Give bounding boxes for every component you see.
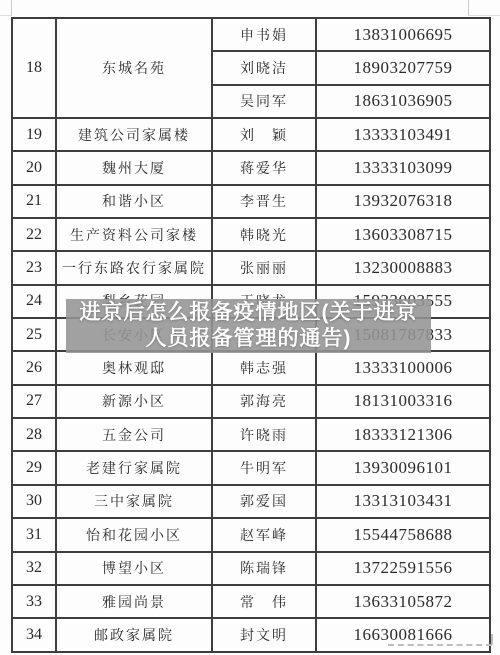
row-number-cell: 32 xyxy=(12,552,56,585)
contact-name-cell: 刘晓洁 xyxy=(212,51,316,84)
contact-name-cell: 牛明军 xyxy=(212,451,316,484)
contact-phone-cell: 13930096101 xyxy=(316,451,490,484)
table-row: 29老建行家属院牛明军13930096101 xyxy=(12,451,490,484)
row-number-cell: 27 xyxy=(12,385,56,418)
table-row: 28五金公司许晓雨18333121306 xyxy=(12,418,490,451)
row-number-cell: 26 xyxy=(12,351,56,384)
community-name-cell: 怡和花园小区 xyxy=(56,518,212,551)
contact-phone-cell: 18131003316 xyxy=(316,385,490,418)
table-row: 19建筑公司家属楼刘 颖13333103491 xyxy=(12,118,490,151)
scan-artifact-line xyxy=(0,15,11,16)
contact-name-cell: 陈瑞锋 xyxy=(212,552,316,585)
table-row: 20魏州大厦蒋爱华13333103099 xyxy=(12,151,490,184)
row-number-cell: 22 xyxy=(12,218,56,251)
contact-phone-cell: 13313103431 xyxy=(316,485,490,518)
watermark-dashed-line xyxy=(388,644,492,646)
community-name-cell: 博望小区 xyxy=(56,552,212,585)
page: 18东城名苑申书娟13831006695刘晓洁18903207759吴同军186… xyxy=(0,0,500,655)
contact-phone-cell: 18333121306 xyxy=(316,418,490,451)
community-name-cell: 一行东路农行家属院 xyxy=(56,251,212,284)
row-number-cell: 23 xyxy=(12,251,56,284)
scan-artifact-line xyxy=(468,0,469,16)
contact-phone-cell: 18903207759 xyxy=(316,51,490,84)
contact-name-cell: 韩晓光 xyxy=(212,218,316,251)
contact-phone-cell: 15544758688 xyxy=(316,518,490,551)
contact-phone-cell: 13603308715 xyxy=(316,218,490,251)
contact-phone-cell: 13230008883 xyxy=(316,251,490,284)
table-row: 31怡和花园小区赵军峰15544758688 xyxy=(12,518,490,551)
row-number-cell: 28 xyxy=(12,418,56,451)
row-number-cell: 25 xyxy=(12,318,56,351)
community-name-cell: 和谐小区 xyxy=(56,185,212,218)
row-number-cell: 18 xyxy=(12,18,56,118)
contact-phone-cell: 13633105872 xyxy=(316,585,490,618)
contact-phone-cell: 18631036905 xyxy=(316,85,490,118)
contact-name-cell: 刘 颖 xyxy=(212,118,316,151)
contact-name-cell: 李晋生 xyxy=(212,185,316,218)
row-number-cell: 33 xyxy=(12,585,56,618)
table-row: 30三中家属院郭爱国13313103431 xyxy=(12,485,490,518)
title-overlay: 进京后怎么报备疫情地区(关于进京 人员报备管理的通告) xyxy=(66,299,431,353)
community-name-cell: 魏州大厦 xyxy=(56,151,212,184)
community-name-cell: 建筑公司家属楼 xyxy=(56,118,212,151)
row-number-cell: 21 xyxy=(12,185,56,218)
table-row: 34邮政家属院封文明16630081666 xyxy=(12,618,490,651)
community-name-cell: 东城名苑 xyxy=(56,18,212,118)
contact-name-cell: 封文明 xyxy=(212,618,316,651)
watermark-dashed-hook xyxy=(491,634,493,645)
contact-name-cell: 郭爱国 xyxy=(212,485,316,518)
contact-name-cell: 郭海亮 xyxy=(212,385,316,418)
row-number-cell: 29 xyxy=(12,451,56,484)
row-number-cell: 24 xyxy=(12,285,56,318)
table-row: 26奥林观邸韩志强13333100006 xyxy=(12,351,490,384)
contact-name-cell: 常 伟 xyxy=(212,585,316,618)
table-row: 33雅园尚景常 伟13633105872 xyxy=(12,585,490,618)
contact-name-cell: 申书娟 xyxy=(212,18,316,51)
contact-phone-cell: 13831006695 xyxy=(316,18,490,51)
row-number-cell: 31 xyxy=(12,518,56,551)
row-number-cell: 34 xyxy=(12,618,56,651)
community-name-cell: 生产资料公司家楼 xyxy=(56,218,212,251)
row-number-cell: 30 xyxy=(12,485,56,518)
contact-phone-cell: 13932076318 xyxy=(316,185,490,218)
contact-name-cell: 吴同军 xyxy=(212,85,316,118)
contact-name-cell: 张丽丽 xyxy=(212,251,316,284)
contact-phone-cell: 13333103099 xyxy=(316,151,490,184)
contact-phone-cell: 16630081666 xyxy=(316,618,490,651)
scan-artifact-line xyxy=(11,0,12,16)
contact-name-cell: 韩志强 xyxy=(212,351,316,384)
contact-name-cell: 赵军峰 xyxy=(212,518,316,551)
table-row: 23一行东路农行家属院张丽丽13230008883 xyxy=(12,251,490,284)
contact-name-cell: 蒋爱华 xyxy=(212,151,316,184)
contact-name-cell: 许晓雨 xyxy=(212,418,316,451)
row-number-cell: 19 xyxy=(12,118,56,151)
community-name-cell: 邮政家属院 xyxy=(56,618,212,651)
community-name-cell: 老建行家属院 xyxy=(56,451,212,484)
community-name-cell: 五金公司 xyxy=(56,418,212,451)
contact-phone-cell: 13333100006 xyxy=(316,351,490,384)
community-name-cell: 新源小区 xyxy=(56,385,212,418)
row-number-cell: 20 xyxy=(12,151,56,184)
community-name-cell: 奥林观邸 xyxy=(56,351,212,384)
table-row: 21和谐小区李晋生13932076318 xyxy=(12,185,490,218)
overlay-title-line1: 进京后怎么报备疫情地区(关于进京 xyxy=(80,300,418,326)
table-row: 18东城名苑申书娟13831006695 xyxy=(12,18,490,51)
table-row: 32博望小区陈瑞锋13722591556 xyxy=(12,552,490,585)
scan-artifact-line xyxy=(468,15,500,16)
contact-phone-cell: 13333103491 xyxy=(316,118,490,151)
community-name-cell: 雅园尚景 xyxy=(56,585,212,618)
contact-phone-cell: 13722591556 xyxy=(316,552,490,585)
community-name-cell: 三中家属院 xyxy=(56,485,212,518)
table-row: 22生产资料公司家楼韩晓光13603308715 xyxy=(12,218,490,251)
overlay-title-line2: 人员报备管理的通告) xyxy=(146,326,352,352)
table-row: 27新源小区郭海亮18131003316 xyxy=(12,385,490,418)
